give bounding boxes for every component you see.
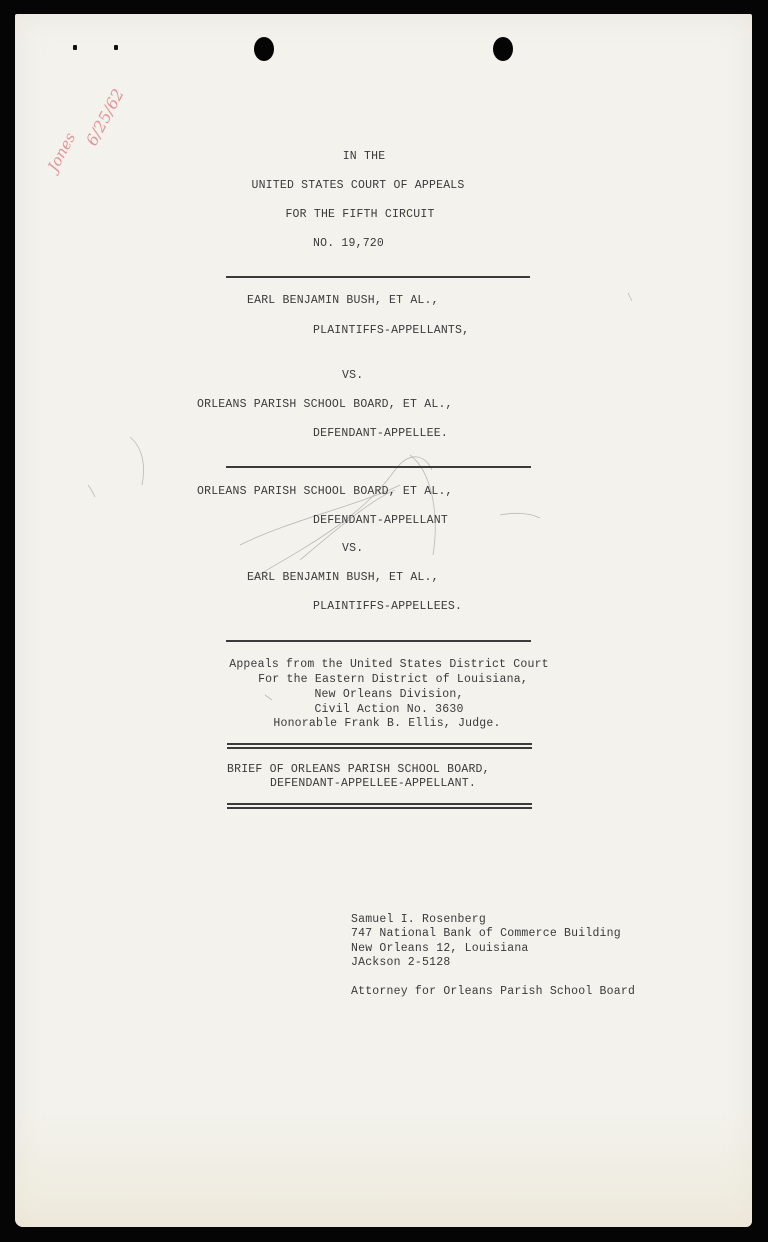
caption2-versus: VS.	[342, 542, 363, 556]
attorney-address-1: 747 National Bank of Commerce Building	[351, 927, 621, 941]
appeal-line-1: Appeals from the United States District …	[5, 658, 768, 673]
caption1-party-a-role: PLAINTIFFS-APPELLANTS,	[313, 324, 469, 338]
caption1-party-a: EARL BENJAMIN BUSH, ET AL.,	[247, 294, 439, 308]
divider-rule	[226, 466, 531, 468]
caption2-party-b: EARL BENJAMIN BUSH, ET AL.,	[247, 571, 439, 585]
case-number: NO. 19,720	[313, 237, 384, 251]
brief-title-line-1: BRIEF OF ORLEANS PARISH SCHOOL BOARD,	[227, 763, 490, 777]
appeal-line-2: For the Eastern District of Louisiana,	[9, 673, 768, 688]
divider-rule	[226, 640, 531, 642]
attorney-phone: JAckson 2-5128	[351, 956, 450, 970]
punch-hole-left	[254, 37, 274, 61]
divider-rule	[226, 276, 530, 278]
attorney-address-2: New Orleans 12, Louisiana	[351, 942, 529, 956]
appeal-line-4: Civil Action No. 3630	[5, 703, 768, 718]
punch-hole-right	[493, 37, 513, 61]
staple-mark-right	[114, 45, 118, 50]
double-divider-rule	[227, 743, 532, 749]
header-circuit: FOR THE FIFTH CIRCUIT	[0, 208, 744, 222]
appeal-line-5: Honorable Frank B. Ellis, Judge.	[3, 717, 768, 732]
header-line-1: IN THE	[0, 150, 748, 164]
staple-mark-left	[73, 45, 77, 50]
document-page	[15, 14, 752, 1227]
caption2-party-a: ORLEANS PARISH SCHOOL BOARD, ET AL.,	[197, 485, 453, 499]
caption2-party-a-role: DEFENDANT-APPELLANT	[313, 514, 448, 528]
caption1-versus: VS.	[342, 369, 363, 383]
appeal-line-3: New Orleans Division,	[5, 688, 768, 703]
double-divider-rule	[227, 803, 532, 809]
attorney-name: Samuel I. Rosenberg	[351, 913, 486, 927]
brief-title-line-2: DEFENDANT-APPELLEE-APPELLANT.	[270, 777, 476, 791]
caption2-party-b-role: PLAINTIFFS-APPELLEES.	[313, 600, 462, 614]
caption1-party-b: ORLEANS PARISH SCHOOL BOARD, ET AL.,	[197, 398, 453, 412]
attorney-role: Attorney for Orleans Parish School Board	[351, 985, 635, 999]
header-court-name: UNITED STATES COURT OF APPEALS	[0, 179, 742, 193]
caption1-party-b-role: DEFENDANT-APPELLEE.	[313, 427, 448, 441]
